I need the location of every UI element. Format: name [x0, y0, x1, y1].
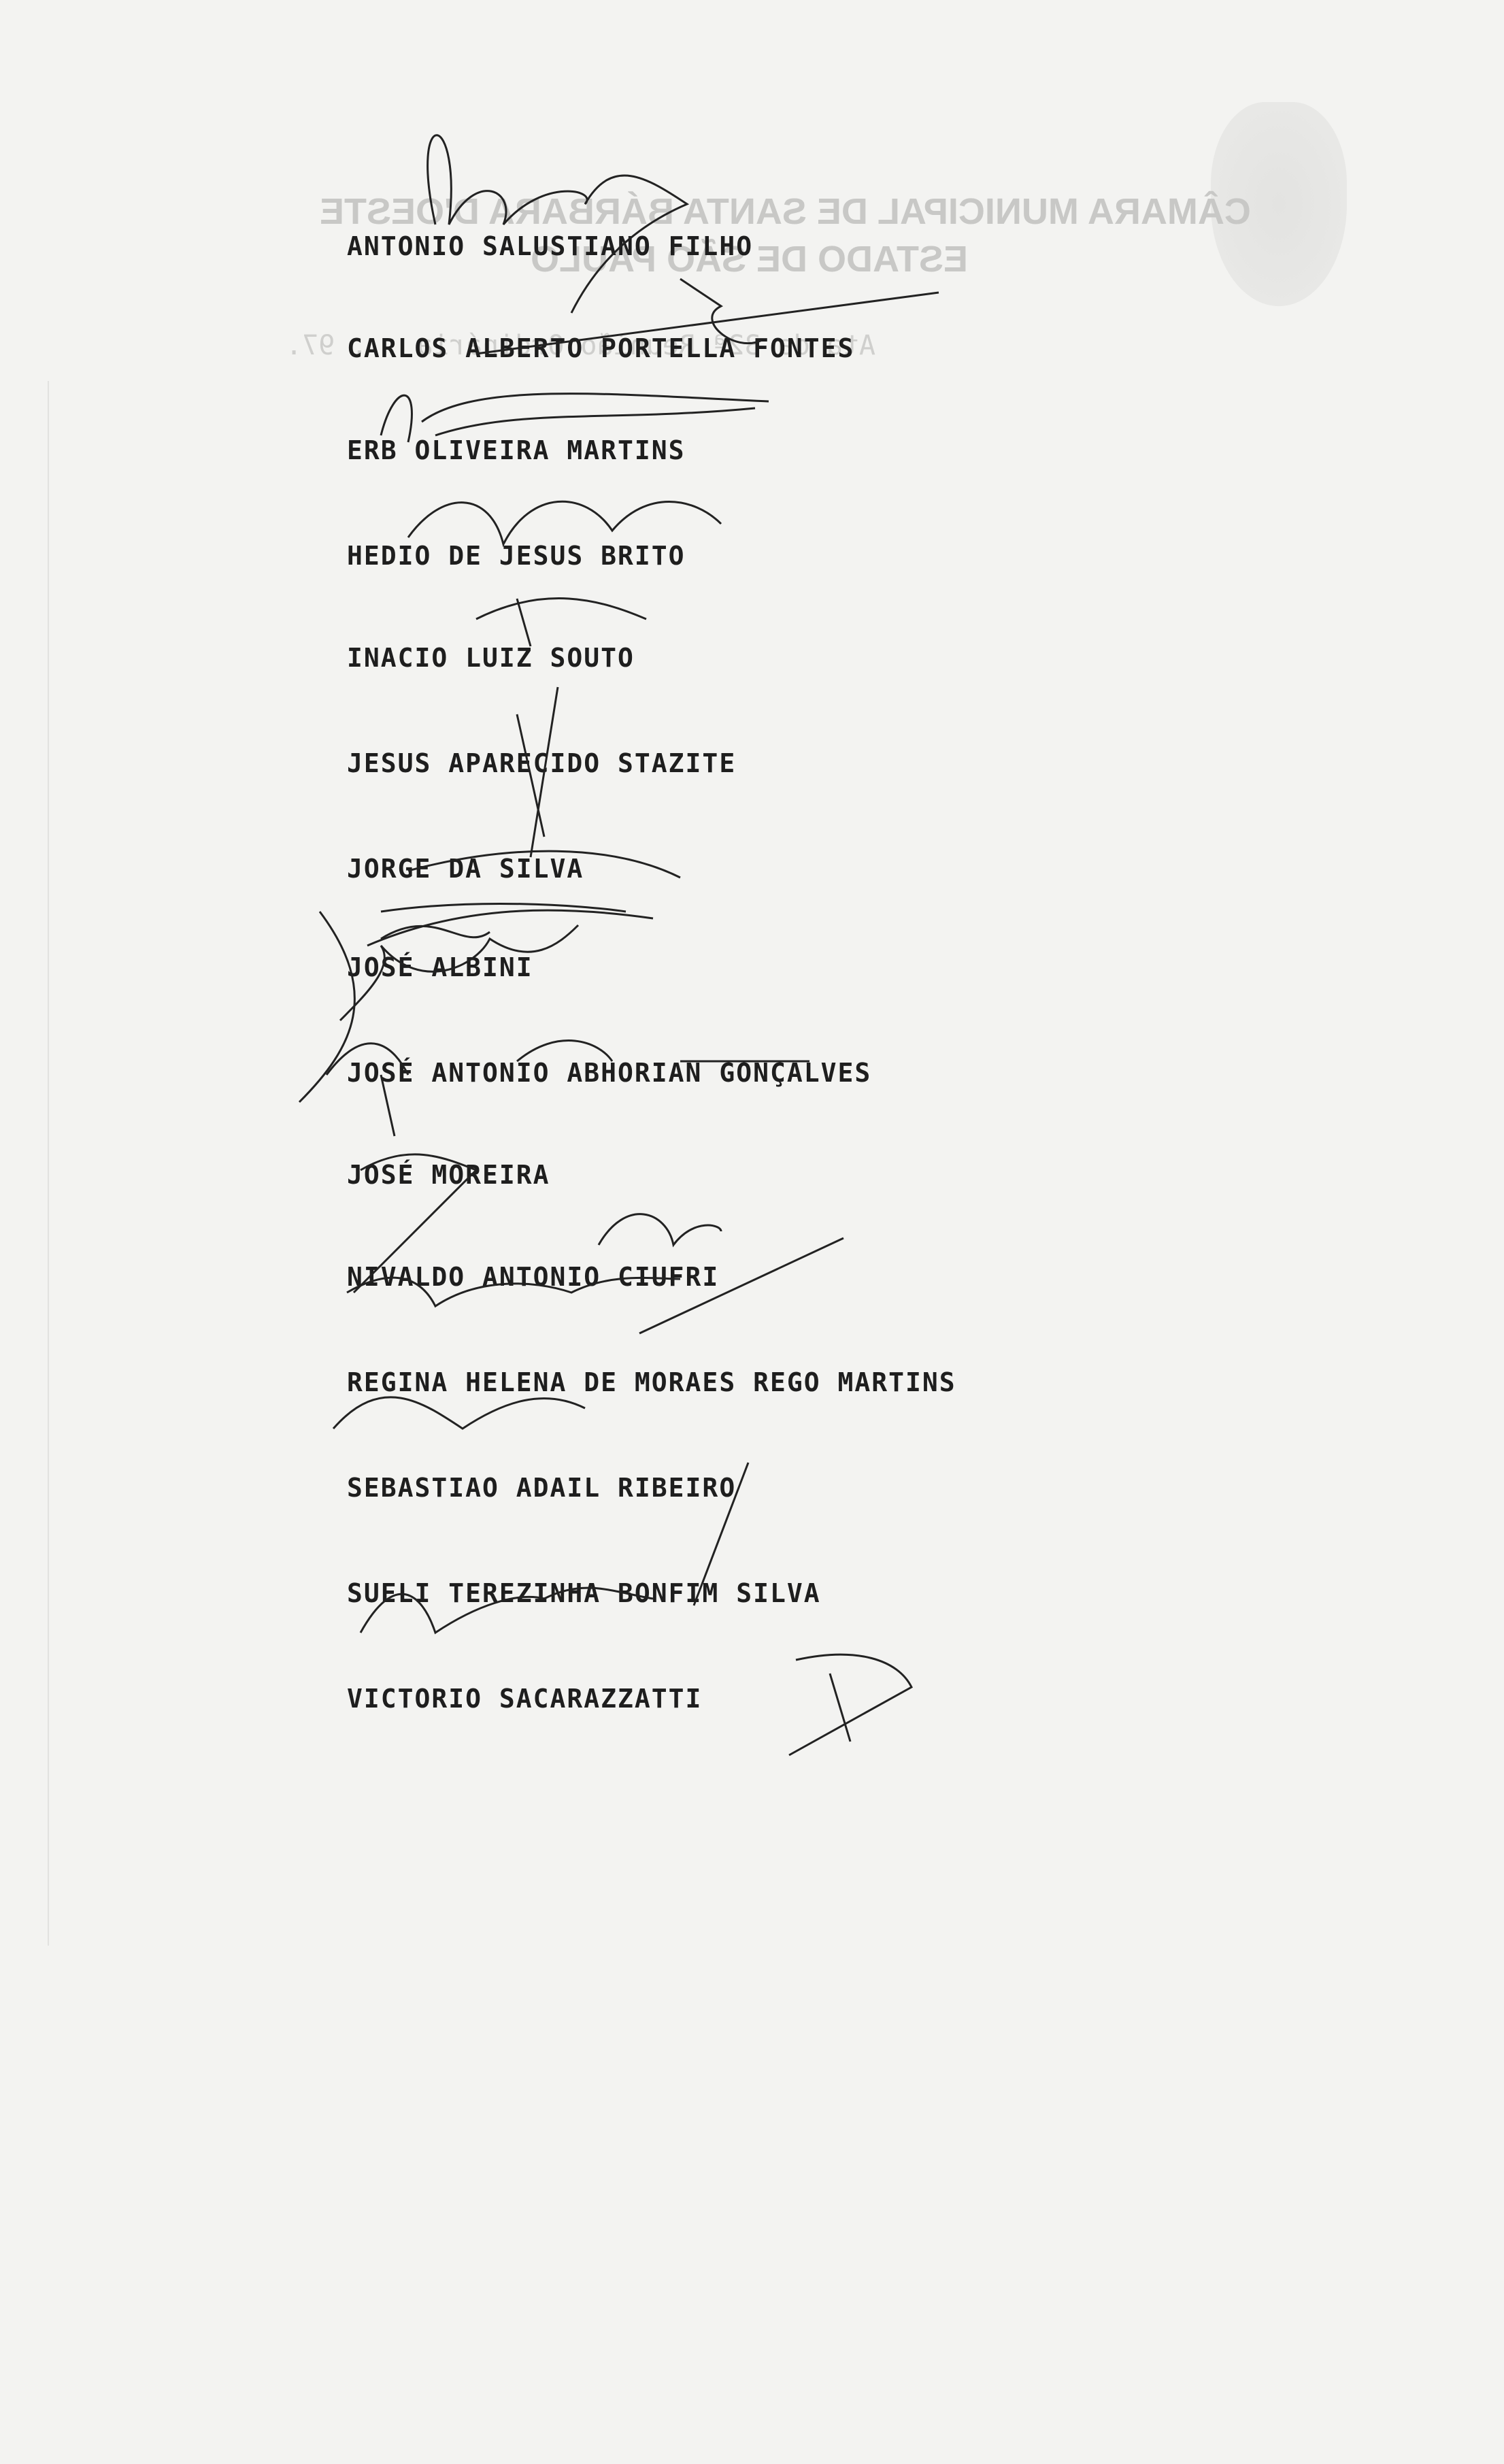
signatory-name: JOSÉ MOREIRA — [347, 1160, 550, 1190]
signatory-name: SEBASTIAO ADAIL RIBEIRO — [347, 1473, 736, 1503]
signatory-name: SUELI TEREZINHA BONFIM SILVA — [347, 1578, 821, 1608]
signature-10 — [327, 1041, 809, 1136]
signatory-name: CARLOS ALBERTO PORTELLA FONTES — [347, 333, 854, 363]
signatory-name: JOSÉ ALBINI — [347, 952, 533, 982]
header-bleed-line1: CÂMARA MUNICIPAL DE SANTA BÁRBARA D'OEST… — [320, 190, 1251, 233]
margin-line — [48, 381, 49, 1946]
signatory-name: JORGE DA SILVA — [347, 854, 584, 884]
signature-16 — [789, 1654, 912, 1755]
signatures-layer — [0, 0, 1504, 2464]
signatory-name: NIVALDO ANTONIO CIUFRI — [347, 1262, 719, 1292]
signature-6 — [408, 687, 680, 878]
signature-12 — [599, 1214, 721, 1245]
signatory-name: ERB OLIVEIRA MARTINS — [347, 435, 686, 465]
signatory-name: ANTONIO SALUSTIANO FILHO — [347, 231, 753, 261]
signature-7 — [367, 903, 653, 946]
signatory-name: JESUS APARECIDO STAZITE — [347, 748, 736, 778]
signature-4 — [408, 501, 721, 544]
signatory-name: INACIO LUIZ SOUTO — [347, 643, 635, 673]
signatory-name: VICTORIO SACARAZZATTI — [347, 1684, 702, 1714]
signature-5 — [476, 599, 646, 646]
signatory-name: JOSÉ ANTONIO ABHORIAN GONÇALVES — [347, 1058, 871, 1088]
signatory-name: HEDIO DE JESUS BRITO — [347, 541, 686, 571]
signatory-name: REGINA HELENA DE MORAES REGO MARTINS — [347, 1367, 956, 1397]
